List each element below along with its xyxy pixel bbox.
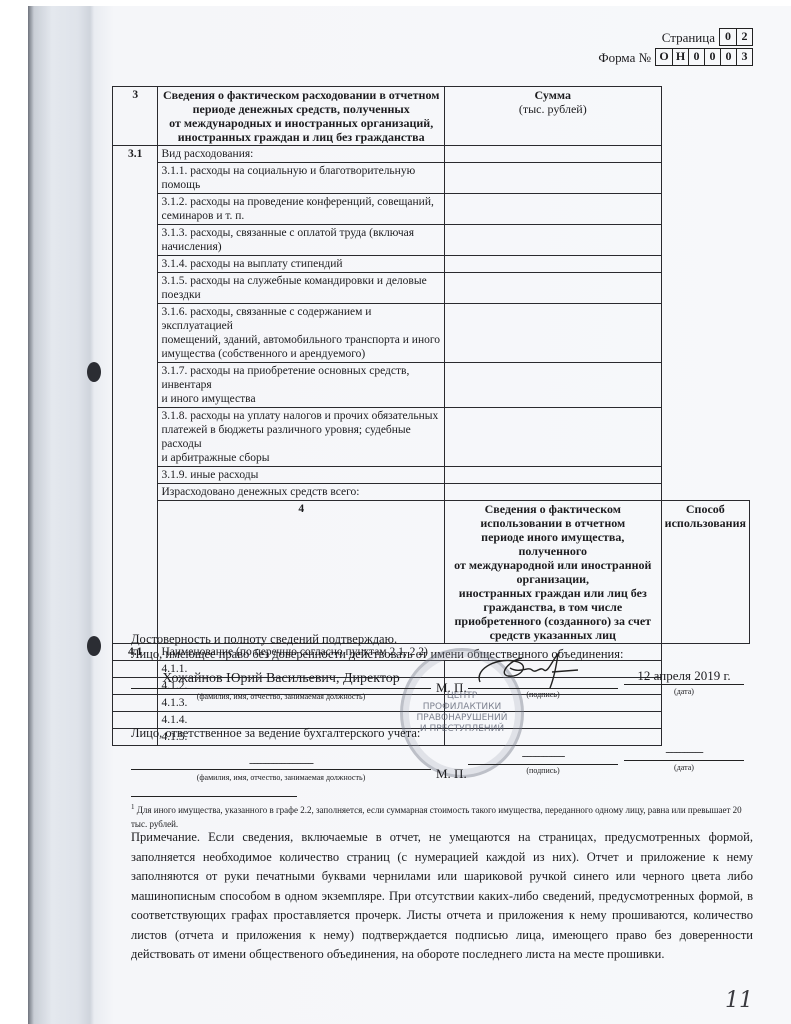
section-3-kind-row: 3.1 Вид расходования: — [113, 146, 750, 163]
title-line: периоде денежных средств, полученных — [161, 102, 440, 116]
expense-label: 3.1.6. расходы, связанные с содержанием … — [158, 304, 444, 363]
signature-line — [468, 764, 618, 765]
form-digit: 3 — [736, 49, 752, 65]
sum-cell[interactable] — [444, 467, 661, 484]
page-label: Страница — [662, 30, 715, 46]
expense-row: 3.1.7. расходы на приобретение основных … — [113, 363, 750, 408]
section-3-header-row: 3 Сведения о фактическом расходовании в … — [113, 87, 750, 146]
expense-label: 3.1.8. расходы на уплату налогов и прочи… — [158, 408, 444, 467]
accountant-name[interactable]: ------------------------ — [131, 757, 431, 769]
accountant-signature[interactable]: ---------------- — [468, 750, 618, 762]
footnote: 1 Для иного имущества, указанного в граф… — [131, 800, 751, 831]
form-digit: Н — [672, 49, 688, 65]
sum-cell[interactable] — [444, 225, 661, 256]
stamp-line: ПРАВОНАРУШЕНИЙ — [417, 713, 508, 724]
form-digit: 0 — [704, 49, 720, 65]
form-header: Страница 0 2 Форма № О Н 0 0 0 3 — [598, 28, 753, 66]
note-paragraph: Примечание. Если сведения, включаемые в … — [131, 828, 753, 965]
title-line: иностранных граждан или лиц без гражданс… — [448, 586, 658, 614]
total-row: Израсходовано денежных средств всего: — [113, 484, 750, 501]
page-number-row: Страница 0 2 — [598, 28, 753, 46]
footnote-mark: 1 — [131, 803, 135, 811]
title-line: Сведения о фактическом расходовании в от… — [161, 88, 440, 102]
form-label: Форма № — [598, 50, 651, 66]
page-digit: 0 — [720, 29, 736, 45]
binding-strip — [28, 6, 94, 1024]
name-caption: (фамилия, имя, отчество, занимаемая долж… — [131, 692, 431, 701]
form-digit: 0 — [720, 49, 736, 65]
form-number-cells: О Н 0 0 0 3 — [655, 48, 753, 66]
accountant-name-line — [131, 769, 431, 770]
footnote-divider — [131, 796, 297, 797]
line: 3.1.5. расходы на служебные командировки… — [161, 274, 440, 302]
sum-unit: (тыс. рублей) — [448, 102, 658, 116]
section-3-title: Сведения о фактическом расходовании в от… — [158, 87, 444, 146]
section-4-header-row: 4 Сведения о фактическом использовании в… — [113, 501, 750, 644]
sum-cell[interactable] — [444, 194, 661, 225]
expense-label: 3.1.2. расходы на проведение конференций… — [158, 194, 444, 225]
accountant-label: Лицо, ответственное за ведение бухгалтер… — [131, 726, 420, 741]
name-caption: (фамилия, имя, отчество, занимаемая долж… — [131, 773, 431, 782]
mp-label: М. П. — [436, 766, 467, 782]
expense-row: 3.1.2. расходы на проведение конференций… — [113, 194, 750, 225]
line: платежей в бюджеты различного уровня; су… — [161, 423, 440, 451]
form-digit: 0 — [688, 49, 704, 65]
expense-row: 3.1.8. расходы на уплату налогов и прочи… — [113, 408, 750, 467]
date-caption: (дата) — [624, 687, 744, 696]
sum-cell[interactable] — [444, 363, 661, 408]
total-label: Израсходовано денежных средств всего: — [158, 484, 444, 501]
sum-cell[interactable] — [444, 304, 661, 363]
line: помещений, зданий, автомобильного трансп… — [161, 333, 440, 347]
report-date[interactable]: 12 апреля 2019 г. — [624, 668, 744, 684]
page-digit: 2 — [736, 29, 752, 45]
expense-row: 3.1.4. расходы на выплату стипендий — [113, 256, 750, 273]
accountant-date[interactable]: -------------- — [624, 746, 744, 758]
expense-row: 3.1.9. иные расходы — [113, 467, 750, 484]
date-caption: (дата) — [624, 763, 744, 772]
line: 3.1.8. расходы на уплату налогов и прочи… — [161, 409, 440, 423]
sum-cell[interactable] — [444, 146, 661, 163]
line: 3.1.3. расходы, связанные с оплатой труд… — [161, 226, 440, 254]
sum-cell[interactable] — [444, 273, 661, 304]
sum-cell[interactable] — [444, 256, 661, 273]
section-number: 3 — [113, 87, 158, 146]
signature-caption: (подпись) — [468, 690, 618, 699]
form-digit: О — [656, 49, 672, 65]
mp-label: М. П. — [436, 680, 467, 696]
line: 3.1.6. расходы, связанные с содержанием … — [161, 305, 440, 333]
section-4-title: Сведения о фактическом использовании в о… — [444, 501, 661, 644]
signature-line — [468, 688, 618, 689]
expense-label: 3.1.1. расходы на социальную и благотвор… — [158, 163, 444, 194]
subsection-number: 3.1 — [113, 146, 158, 644]
sum-header: Сумма — [448, 88, 658, 102]
line: имущества (собственного и арендуемого) — [161, 347, 440, 361]
title-line: иностранных граждан и лиц без гражданств… — [161, 130, 440, 144]
line: и арбитражные сборы — [161, 451, 440, 465]
title-line: периоде иного имущества, полученного — [448, 530, 658, 558]
binding-hole-icon — [87, 636, 101, 656]
date-line — [624, 684, 744, 685]
section-number: 4 — [158, 501, 444, 644]
usage-column-header: Способ использования — [661, 501, 749, 644]
expense-label: 3.1.5. расходы на служебные командировки… — [158, 273, 444, 304]
signature-caption: (подпись) — [468, 766, 618, 775]
handwritten-signature-icon — [470, 648, 580, 692]
line: 3.1.9. иные расходы — [161, 468, 440, 482]
sum-column-header: Сумма (тыс. рублей) — [444, 87, 661, 146]
expense-row: 3.1.3. расходы, связанные с оплатой труд… — [113, 225, 750, 256]
line: семинаров и т. п. — [161, 209, 440, 223]
title-line: от международной или иностранной организ… — [448, 558, 658, 586]
line: 3.1.1. расходы на социальную и благотвор… — [161, 164, 440, 192]
total-sum-cell[interactable] — [444, 484, 661, 501]
title-line: Сведения о фактическом использовании в о… — [448, 502, 658, 530]
page-number-cells: 0 2 — [719, 28, 753, 46]
expense-label: 3.1.7. расходы на приобретение основных … — [158, 363, 444, 408]
title-line: от международных и иностранных организац… — [161, 116, 440, 130]
sum-cell[interactable] — [444, 408, 661, 467]
line: и иного имущества — [161, 392, 440, 406]
stamp-line: И ПРЕСТУПЛЕНИЙ — [420, 724, 504, 735]
director-name[interactable]: Хожайнов Юрий Васильевич, Директор — [131, 671, 431, 687]
director-name-line — [131, 688, 431, 689]
expense-row: 3.1.1. расходы на социальную и благотвор… — [113, 163, 750, 194]
expense-label: 3.1.3. расходы, связанные с оплатой труд… — [158, 225, 444, 256]
line: 3.1.2. расходы на проведение конференций… — [161, 195, 440, 209]
confirmation-line: Достоверность и полноту сведений подтвер… — [131, 632, 623, 647]
footnote-text: Для иного имущества, указанного в графе … — [131, 805, 742, 829]
line: 3.1.4. расходы на выплату стипендий — [161, 257, 440, 271]
expense-row: 3.1.5. расходы на служебные командировки… — [113, 273, 750, 304]
sum-cell[interactable] — [444, 163, 661, 194]
handwritten-page-number: 11 — [725, 988, 753, 1013]
form-number-row: Форма № О Н 0 0 0 3 — [598, 48, 753, 66]
expense-label: 3.1.9. иные расходы — [158, 467, 444, 484]
scan-left-margin — [0, 6, 28, 1024]
expense-row: 3.1.6. расходы, связанные с содержанием … — [113, 304, 750, 363]
expense-label: 3.1.4. расходы на выплату стипендий — [158, 256, 444, 273]
line: 3.1.7. расходы на приобретение основных … — [161, 364, 440, 392]
kind-label: Вид расходования: — [158, 146, 444, 163]
date-line — [624, 760, 744, 761]
stamp-line: ПРОФИЛАКТИКИ — [423, 702, 501, 713]
binding-hole-icon — [87, 362, 101, 382]
